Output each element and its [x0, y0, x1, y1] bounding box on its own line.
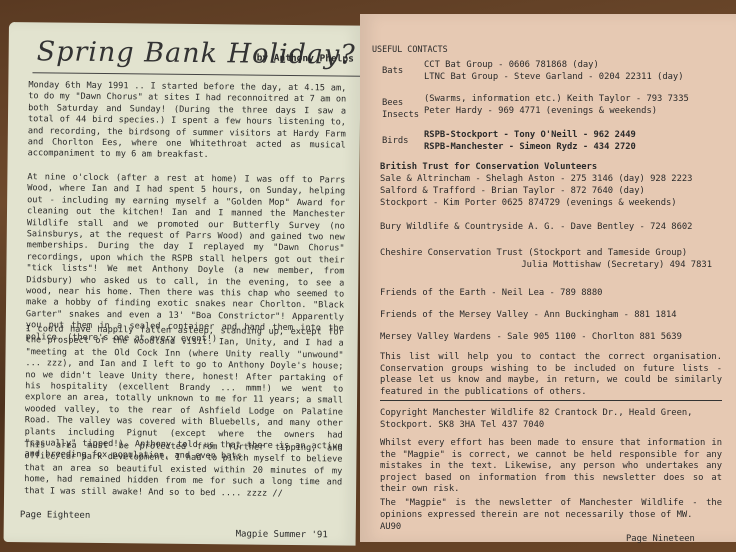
paragraph-4: This area must be protected from further… — [24, 440, 343, 500]
paragraph-2: At nine o'clock (after a rest at home) I… — [26, 172, 346, 346]
paragraph-1: Monday 6th May 1991 .. I started before … — [28, 80, 347, 163]
left-page: Spring Bank Holiday? by Anthony Phelps M… — [4, 22, 361, 546]
birds-line-2: RSPB-Manchester - Simeon Rydz - 434 2720 — [424, 142, 636, 154]
title-underline — [32, 72, 362, 76]
contacts-heading: USEFUL CONTACTS — [372, 44, 448, 56]
bees-line-2: Peter Hardy - 969 4771 (evenings & weeke… — [424, 106, 657, 118]
mvw-contact: Mersey Valley Wardens - Sale 905 1100 - … — [380, 332, 722, 344]
section-divider — [380, 400, 722, 401]
fomv-contact: Friends of the Mersey Valley - Ann Bucki… — [380, 310, 722, 322]
bats-line-2: LTNC Bat Group - Steve Garland - 0204 22… — [424, 72, 684, 84]
issue-label: Magpie Summer '91 — [236, 529, 328, 540]
cheshire-line-2: Julia Mottishaw (Secretary) 494 7831 — [380, 260, 722, 272]
cheshire-line-1: Cheshire Conservation Trust (Stockport a… — [380, 248, 722, 260]
bats-label: Bats — [382, 66, 403, 78]
birds-line-1: RSPB-Stockport - Tony O'Neill - 962 2449 — [424, 130, 636, 142]
bury-contact: Bury Wildlife & Countryside A. G. - Dave… — [380, 222, 722, 234]
right-page: USEFUL CONTACTS Bats CCT Bat Group - 060… — [360, 14, 736, 542]
copyright-notice: Copyright Manchester Wildlife 82 Crantoc… — [380, 408, 722, 431]
article-byline: by Anthony Phelps — [257, 53, 354, 65]
article-header: Spring Bank Holiday? by Anthony Phelps — [28, 34, 358, 77]
about-magpie: The "Magpie" is the newsletter of Manche… — [380, 498, 722, 521]
birds-label: Birds — [382, 136, 408, 148]
bees-line-1: (Swarms, information etc.) Keith Taylor … — [424, 94, 689, 106]
insects-label: Insects — [382, 110, 419, 122]
btcv-heading: British Trust for Conservation Volunteer… — [380, 162, 722, 174]
issue-code: AU90 — [380, 522, 440, 534]
bats-line-1: CCT Bat Group - 0606 781868 (day) — [424, 60, 599, 72]
disclaimer: Whilst every effort has been made to ens… — [380, 438, 722, 496]
btcv-line-1: Sale & Altrincham - Shelagh Aston - 275 … — [380, 174, 722, 186]
btcv-line-2: Salford & Trafford - Brian Taylor - 872 … — [380, 186, 722, 198]
bees-label: Bees — [382, 98, 403, 110]
foe-contact: Friends of the Earth - Neil Lea - 789 88… — [380, 288, 722, 300]
page-number-right: Page Nineteen — [626, 534, 726, 546]
list-note: This list will help you to contact the c… — [380, 352, 722, 398]
page-number-left: Page Eighteen — [20, 510, 91, 521]
btcv-line-3: Stockport - Kim Porter 0625 874729 (even… — [380, 198, 722, 210]
